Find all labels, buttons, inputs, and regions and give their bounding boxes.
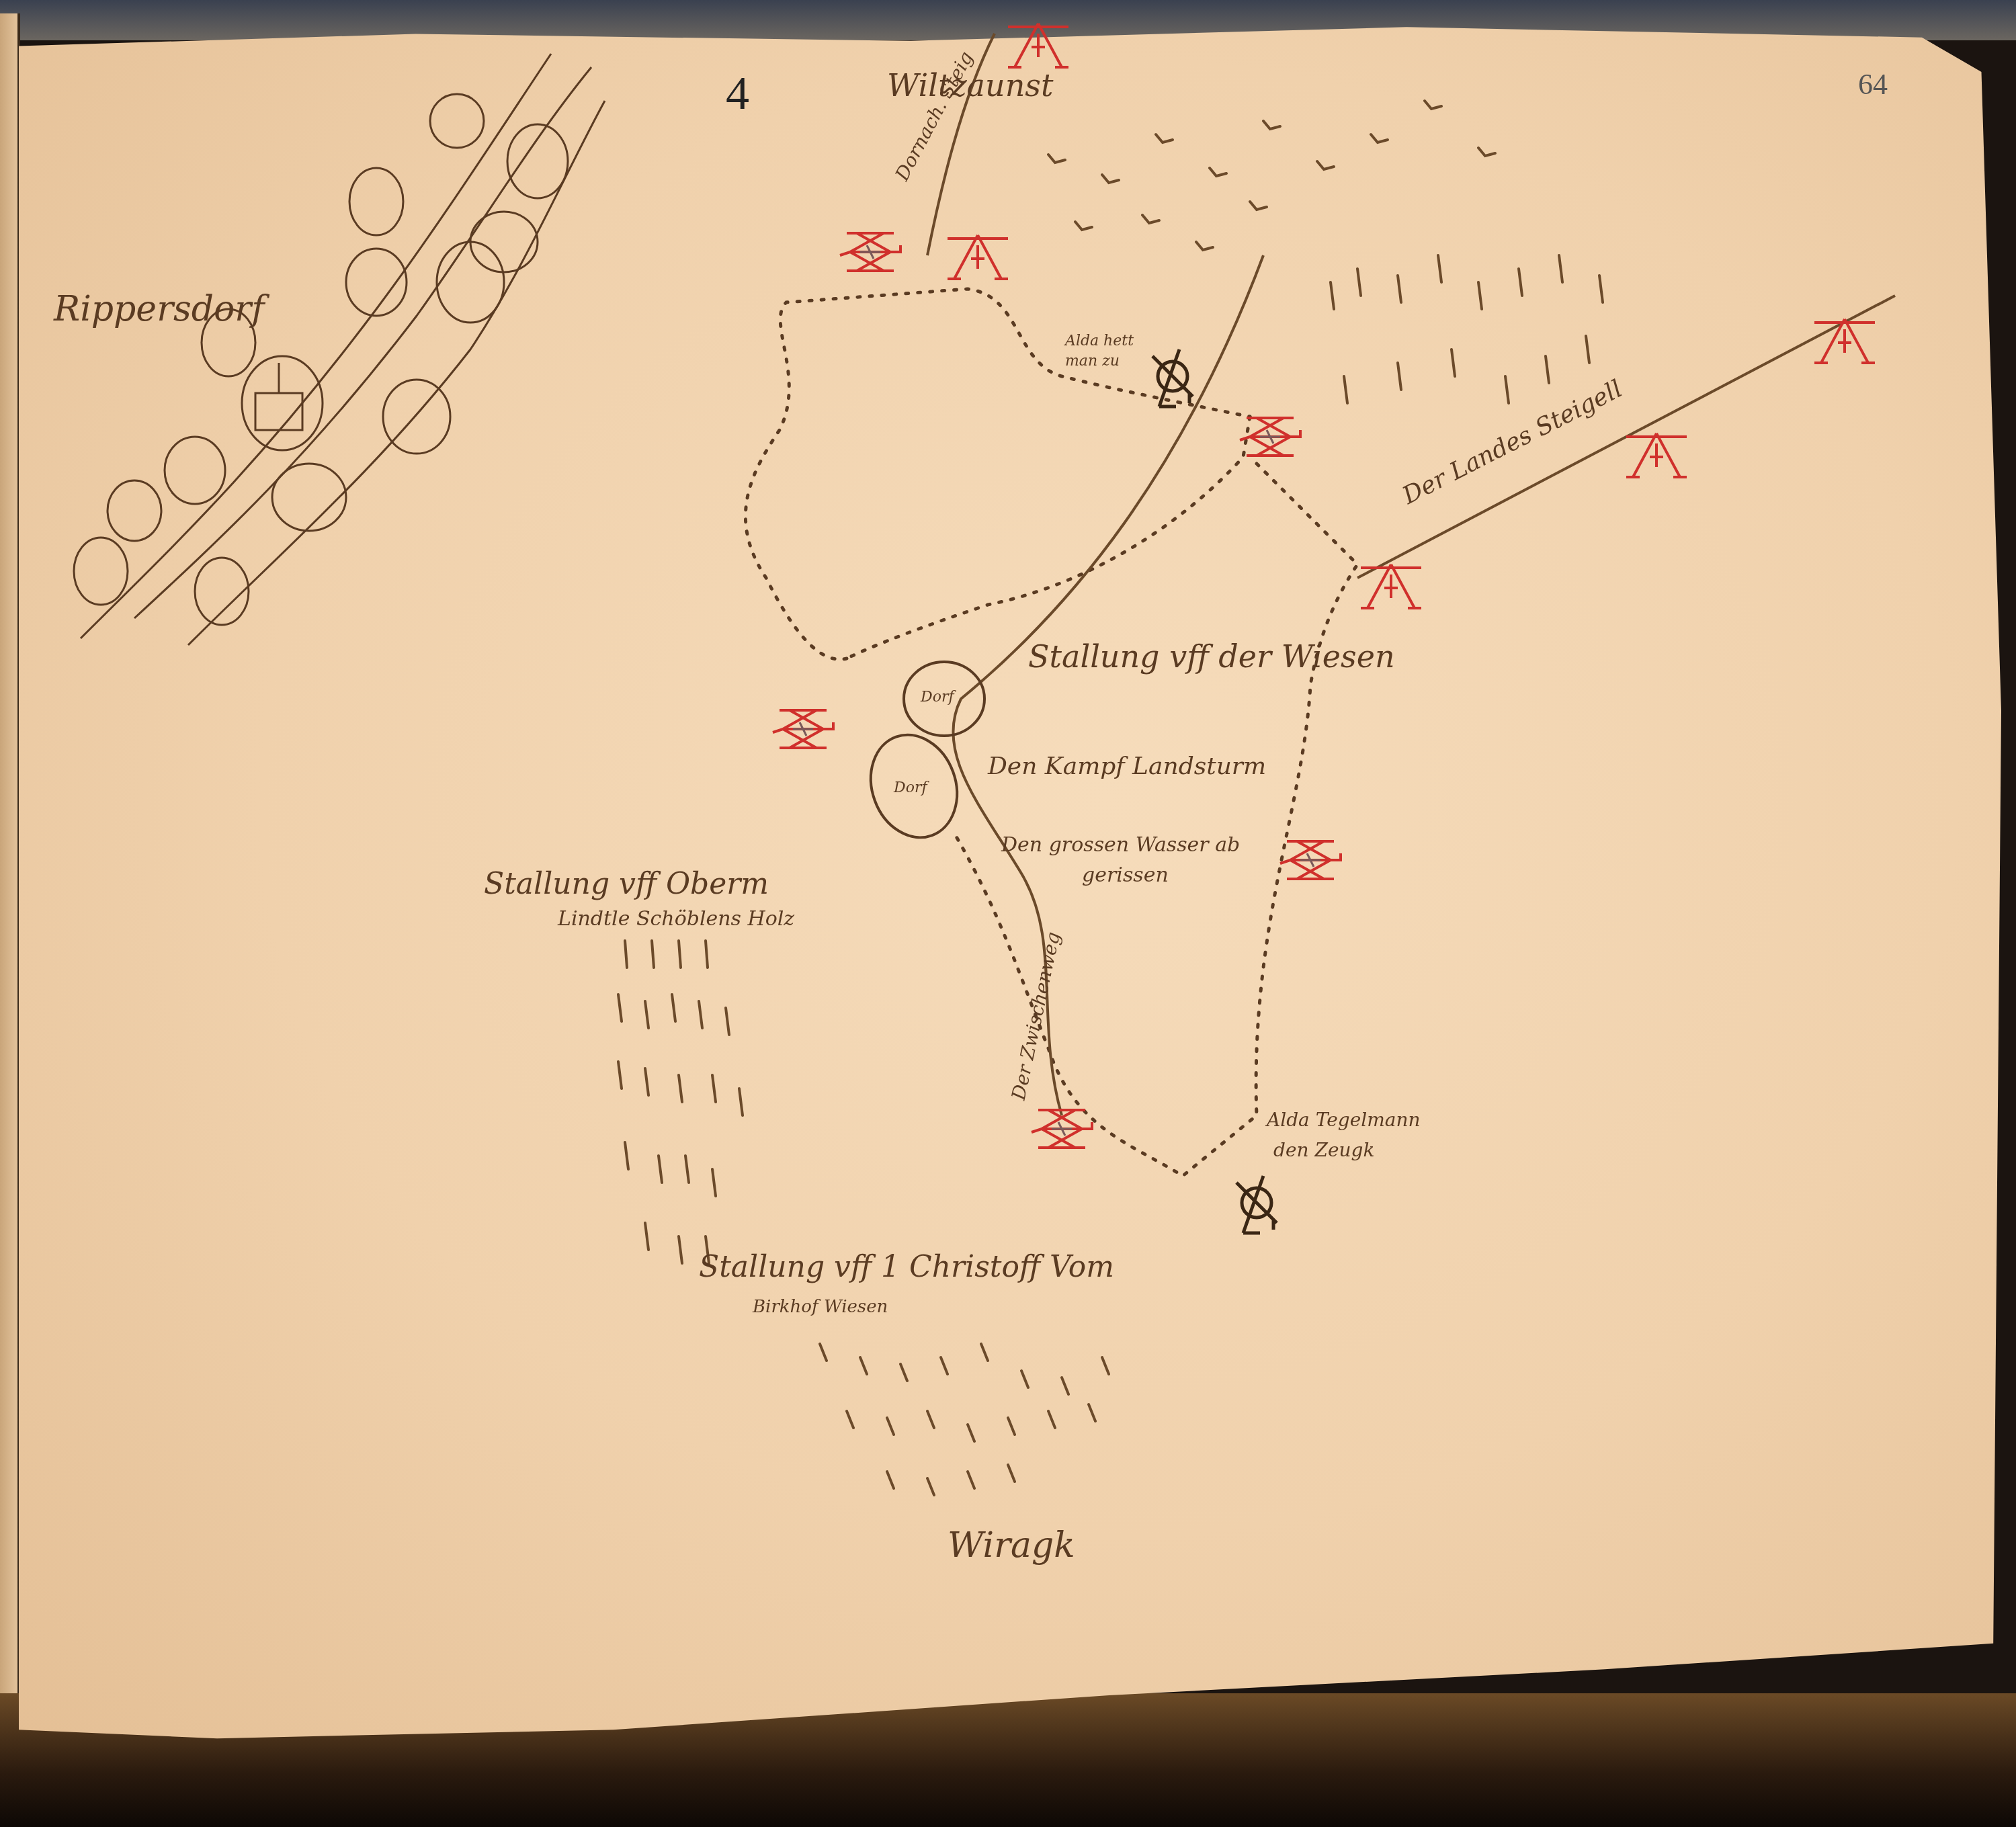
annotation-camp-bottom-1: Stallung vff 1 Christoff Vom xyxy=(699,1250,1114,1284)
wood-hatching xyxy=(618,101,1603,1495)
label-rippersdorf: Rippersdorf xyxy=(54,289,264,329)
annotation-right-marker-2: gerissen xyxy=(1082,863,1169,887)
annotation-bottom-marker-2: den Zeugk xyxy=(1273,1139,1374,1161)
annotation-top-marker-2: man zu xyxy=(1065,353,1120,370)
red-diamond-symbols xyxy=(773,233,1341,1148)
annotation-camp-bottom-2: Birkhof Wiesen xyxy=(753,1297,888,1317)
label-wiragk: Wiragk xyxy=(948,1525,1075,1566)
page-number-ink: 4 xyxy=(726,67,749,121)
annotation-center-marker: Den Kampf Landsturm xyxy=(988,753,1266,780)
folio-number-stamped: 64 xyxy=(1858,67,1888,101)
label-top-wood: Wiltzaunst xyxy=(887,67,1053,103)
village-river-bands xyxy=(74,54,605,645)
roads xyxy=(927,34,1895,1115)
label-church-upper: Dorf xyxy=(921,689,954,706)
annotation-right-marker-1: Den grossen Wasser ab xyxy=(1001,833,1240,857)
annotation-camp-left-1: Stallung vff Oberm xyxy=(484,867,769,901)
annotation-camp-upper: Stallung vff der Wiesen xyxy=(1028,638,1395,675)
annotation-top-marker-1: Alda hett xyxy=(1065,333,1134,349)
black-cross-markers xyxy=(1152,349,1277,1233)
red-tripod-symbols xyxy=(948,24,1875,608)
annotation-bottom-marker-1: Alda Tegelmann xyxy=(1267,1109,1421,1131)
label-church-lower: Dorf xyxy=(894,779,927,796)
annotation-camp-left-2: Lindtle Schöblens Holz xyxy=(558,907,794,931)
